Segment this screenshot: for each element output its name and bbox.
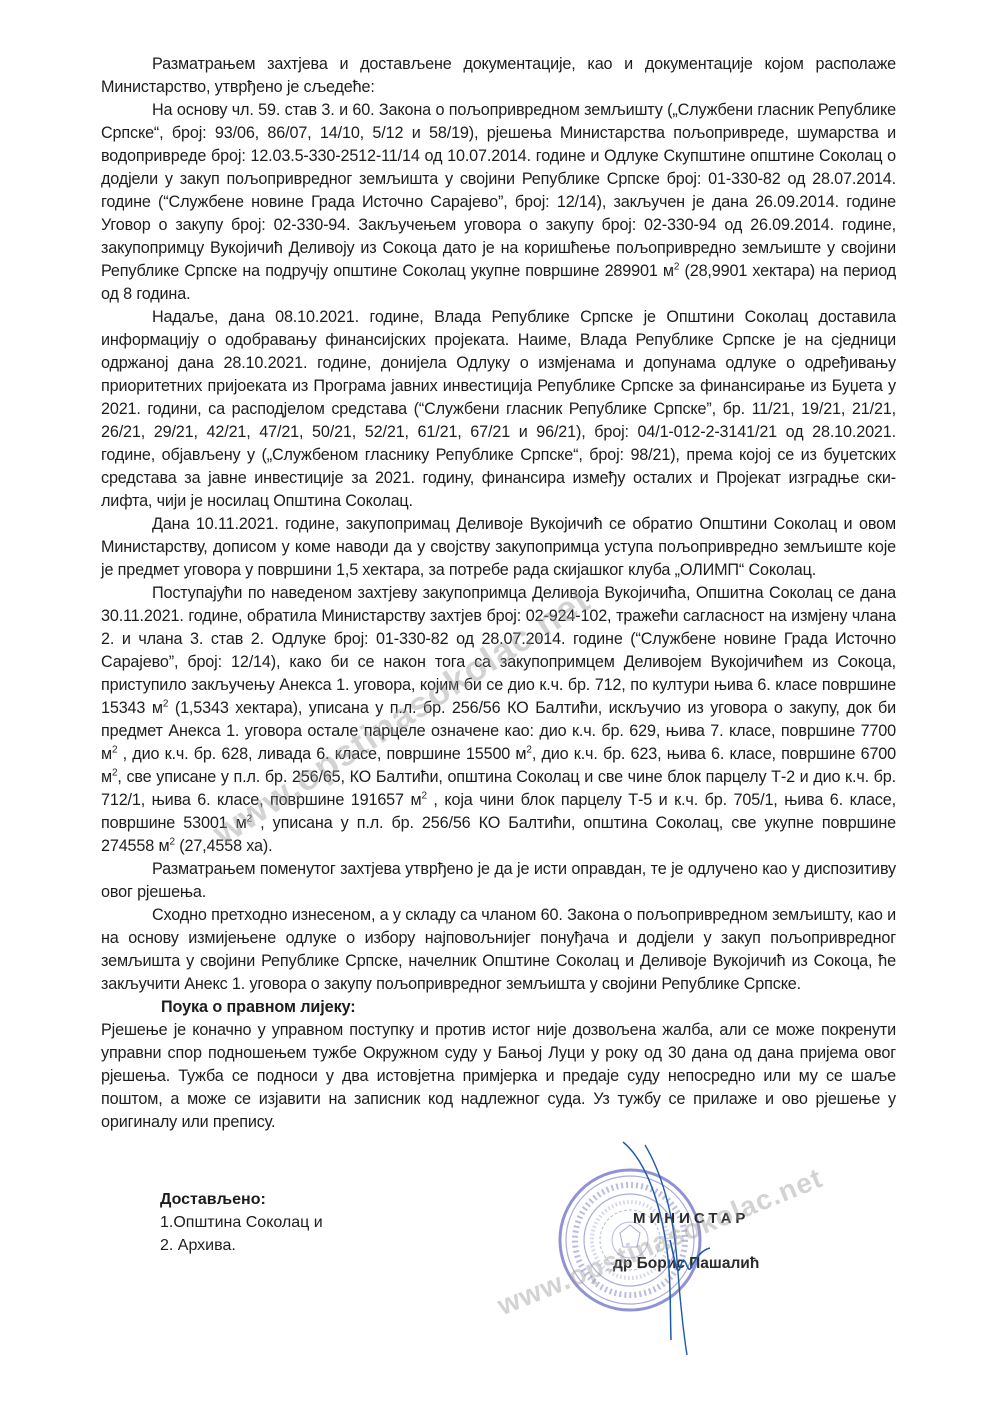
text-segment: (27,4558 ха). <box>175 837 273 855</box>
delivered-item: 2. Архива. <box>160 1234 323 1257</box>
handwritten-signature-icon <box>615 1140 745 1360</box>
paragraph-government-decision: Надаље, дана 08.10.2021. године, Влада Р… <box>101 306 896 513</box>
signature-block: МИНИСТАР др Борис Пашалић <box>575 1165 835 1335</box>
paragraph-conclusion: Сходно претходно изнесеном, а у складу с… <box>101 904 896 996</box>
delivered-list: Достављено: 1.Општина Соколац и 2. Архив… <box>160 1188 323 1257</box>
delivered-item: 1.Општина Соколац и <box>160 1211 323 1234</box>
document-body: Разматрањем захтјева и достављене докуме… <box>101 53 896 1134</box>
text-segment: На основу чл. 59. став 3. и 60. Закона о… <box>101 101 896 280</box>
paragraph-lessee-request: Дана 10.11.2021. године, закупопримац Де… <box>101 513 896 582</box>
legal-remedy-heading: Поука о правном лијеку: <box>101 996 896 1019</box>
paragraph-municipality-request: Поступајући по наведеном захтјеву закупо… <box>101 582 896 858</box>
paragraph-findings-intro: Разматрањем захтјева и достављене докуме… <box>101 53 896 99</box>
text-segment: Поступајући по наведеном захтјеву закупо… <box>101 584 896 717</box>
paragraph-request-justified: Разматрањем поменутог захтјева утврђено … <box>101 858 896 904</box>
text-segment: , дио к.ч. бр. 628, ливада 6. класе, пов… <box>117 745 526 763</box>
delivered-title: Достављено: <box>160 1188 323 1211</box>
paragraph-legal-basis: На основу чл. 59. став 3. и 60. Закона о… <box>101 99 896 306</box>
legal-remedy-text: Рјешење је коначно у управном поступку и… <box>101 1019 896 1134</box>
